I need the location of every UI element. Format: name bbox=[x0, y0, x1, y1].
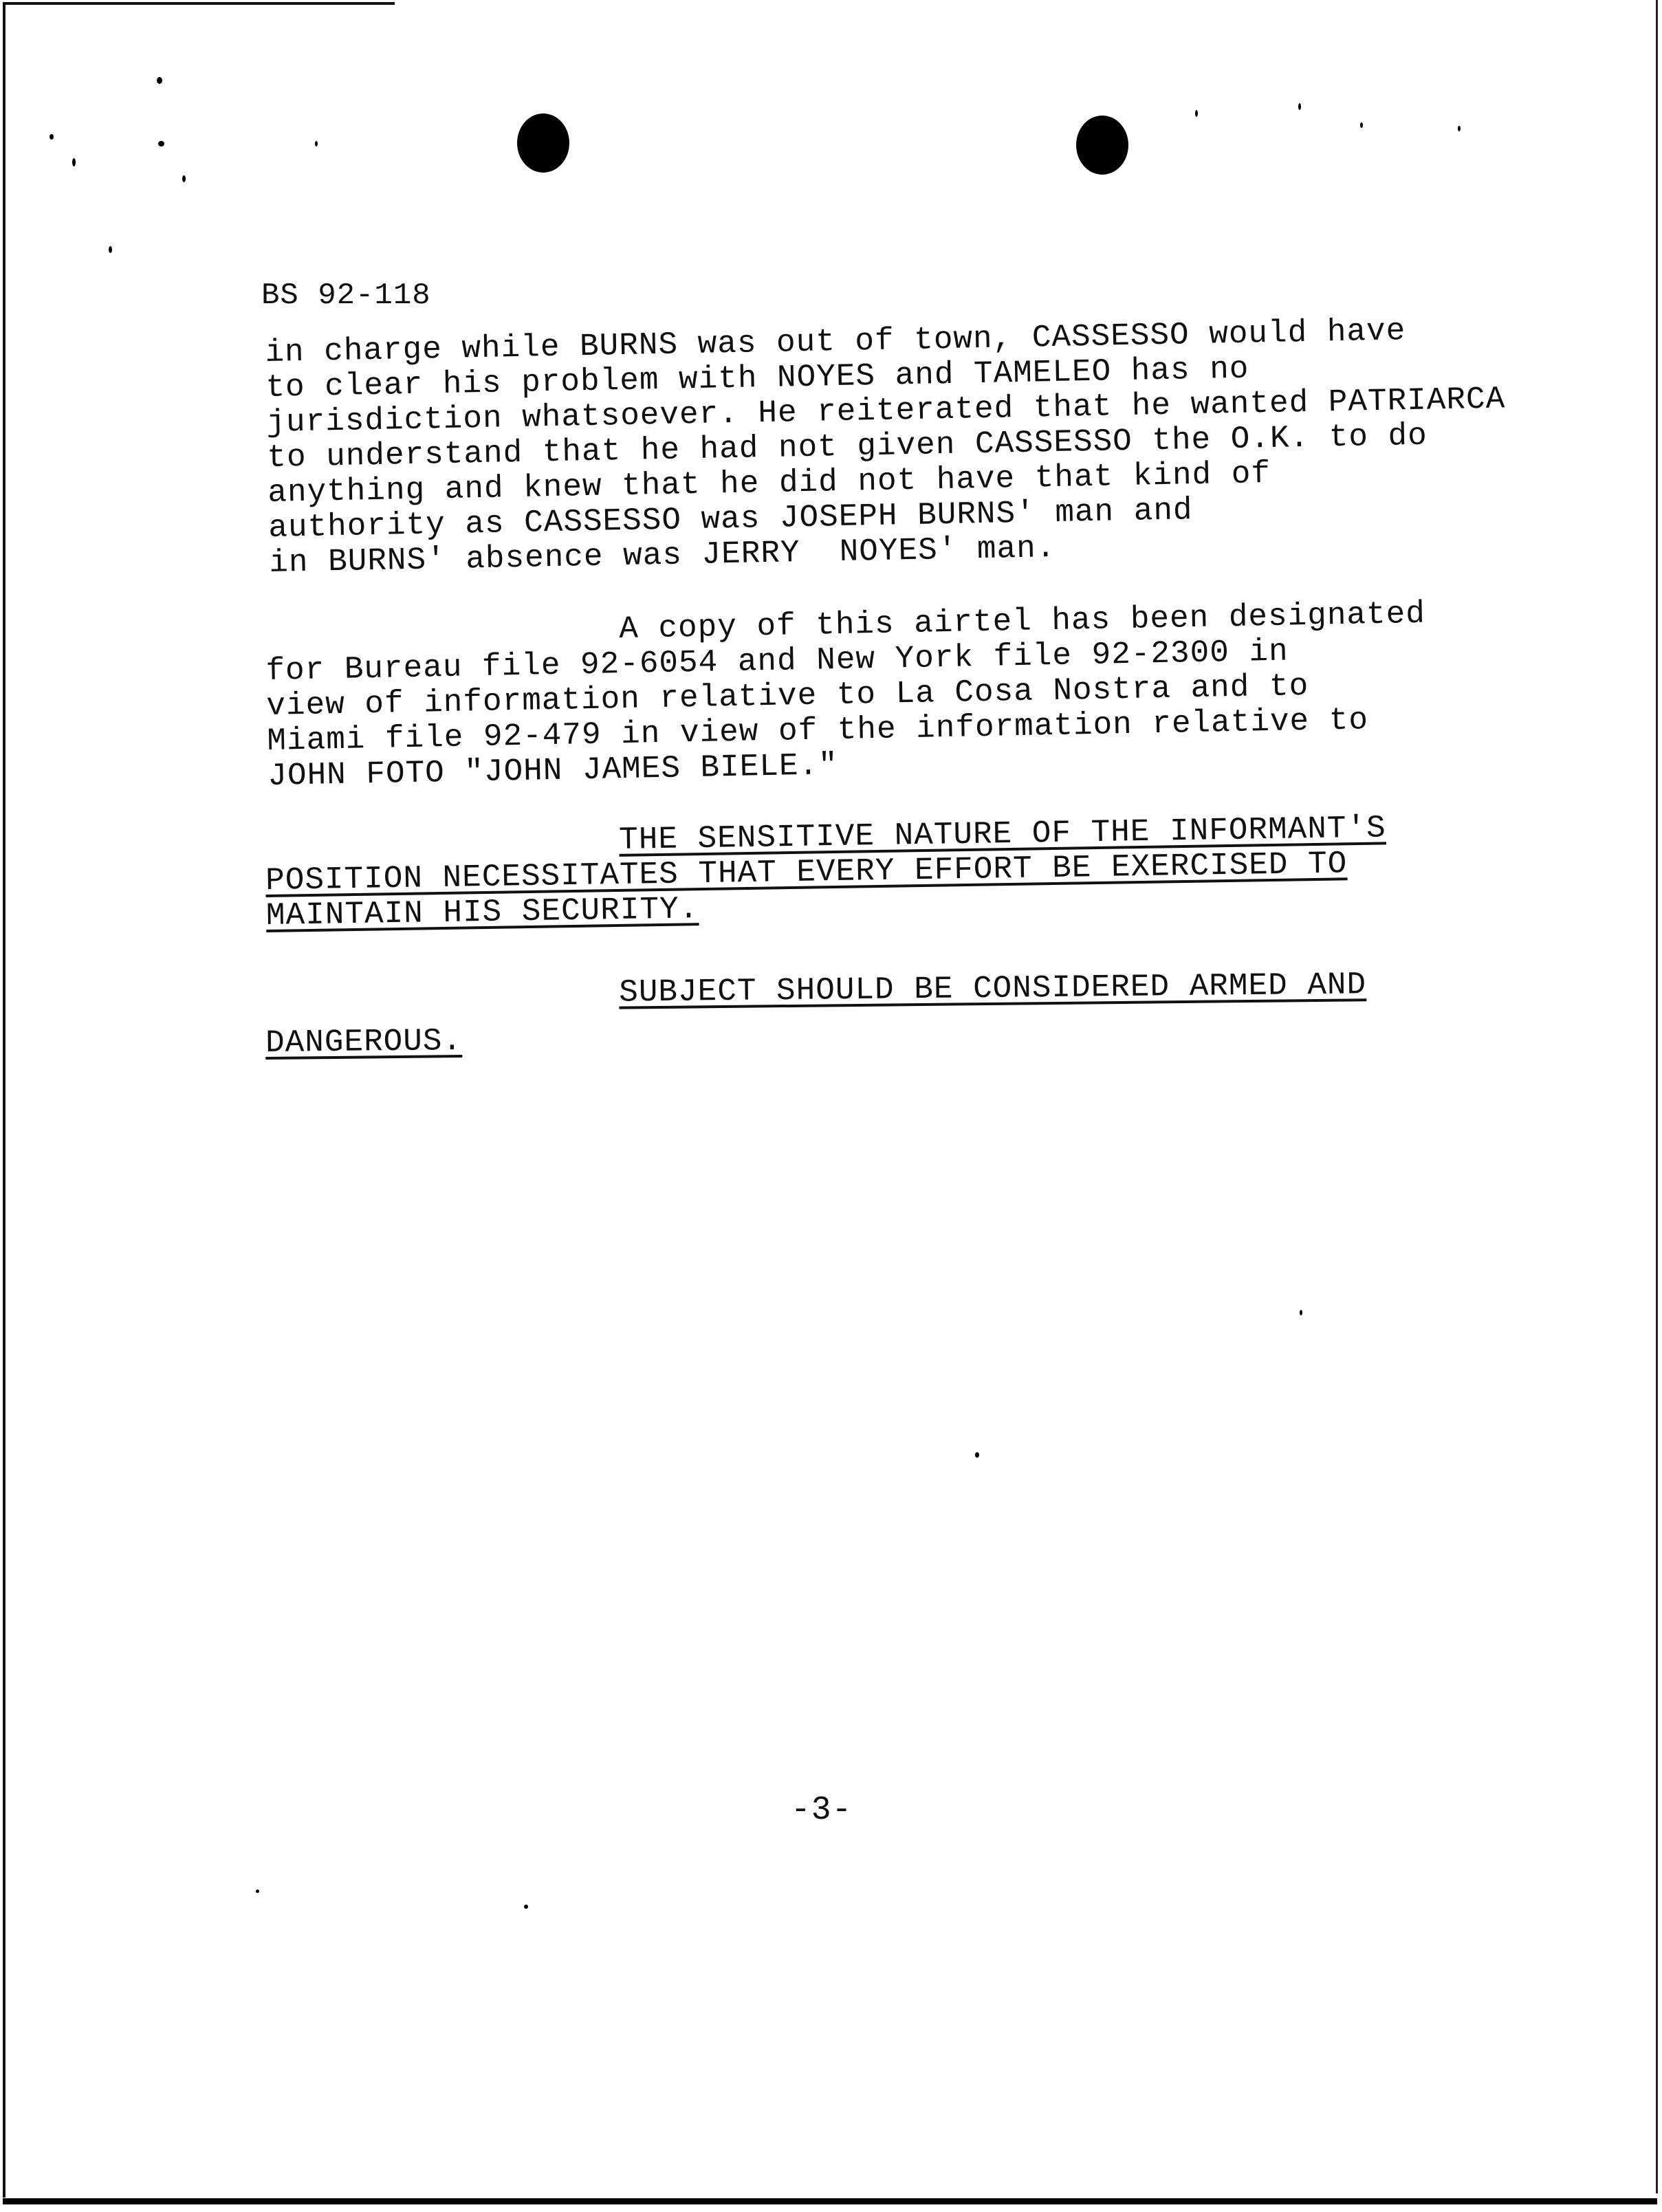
document-page: BS 92-118 in charge while BURNS was out … bbox=[0, 0, 1662, 2212]
paragraph-armed-warning: SUBJECT SHOULD BE CONSIDERED ARMED AND D… bbox=[265, 961, 1367, 1066]
paragraph-security-warning: THE SENSITIVE NATURE OF THE INFORMANT'S … bbox=[265, 811, 1388, 934]
scan-border-bottom bbox=[3, 2198, 1657, 2204]
scan-speck bbox=[50, 134, 54, 140]
scan-speck bbox=[256, 1890, 259, 1893]
scan-speck bbox=[158, 141, 164, 146]
line: SUBJECT SHOULD BE CONSIDERED ARMED AND bbox=[265, 967, 1366, 1014]
punch-hole-icon bbox=[517, 113, 569, 173]
underlined-text: SUBJECT SHOULD BE CONSIDERED ARMED AND bbox=[619, 967, 1366, 1010]
scan-speck bbox=[1458, 126, 1461, 131]
paragraph-copy-designation: A copy of this airtel has been designate… bbox=[265, 597, 1428, 794]
scan-speck bbox=[524, 1905, 528, 1909]
scan-border-left bbox=[3, 4, 6, 2198]
scan-speck bbox=[109, 246, 112, 253]
scan-border-right bbox=[1656, 0, 1658, 2193]
file-reference: BS 92-118 bbox=[261, 278, 431, 314]
scan-speck bbox=[1298, 103, 1301, 110]
punch-hole-icon bbox=[1076, 116, 1128, 175]
paragraph-informant-statement: in charge while BURNS was out of town, C… bbox=[265, 311, 1509, 581]
page-number: -3- bbox=[791, 1793, 852, 1828]
scan-border-top bbox=[3, 2, 395, 5]
scan-speck bbox=[315, 141, 318, 146]
scan-speck bbox=[72, 158, 76, 166]
scan-speck bbox=[1300, 1310, 1302, 1315]
scan-speck bbox=[1360, 122, 1363, 128]
scan-speck bbox=[975, 1452, 979, 1458]
scan-speck bbox=[182, 175, 186, 182]
scan-speck bbox=[157, 77, 162, 84]
line: DANGEROUS. bbox=[265, 1023, 463, 1061]
scan-speck bbox=[1195, 110, 1198, 117]
line: MAINTAIN HIS SECURITY. bbox=[266, 891, 699, 934]
